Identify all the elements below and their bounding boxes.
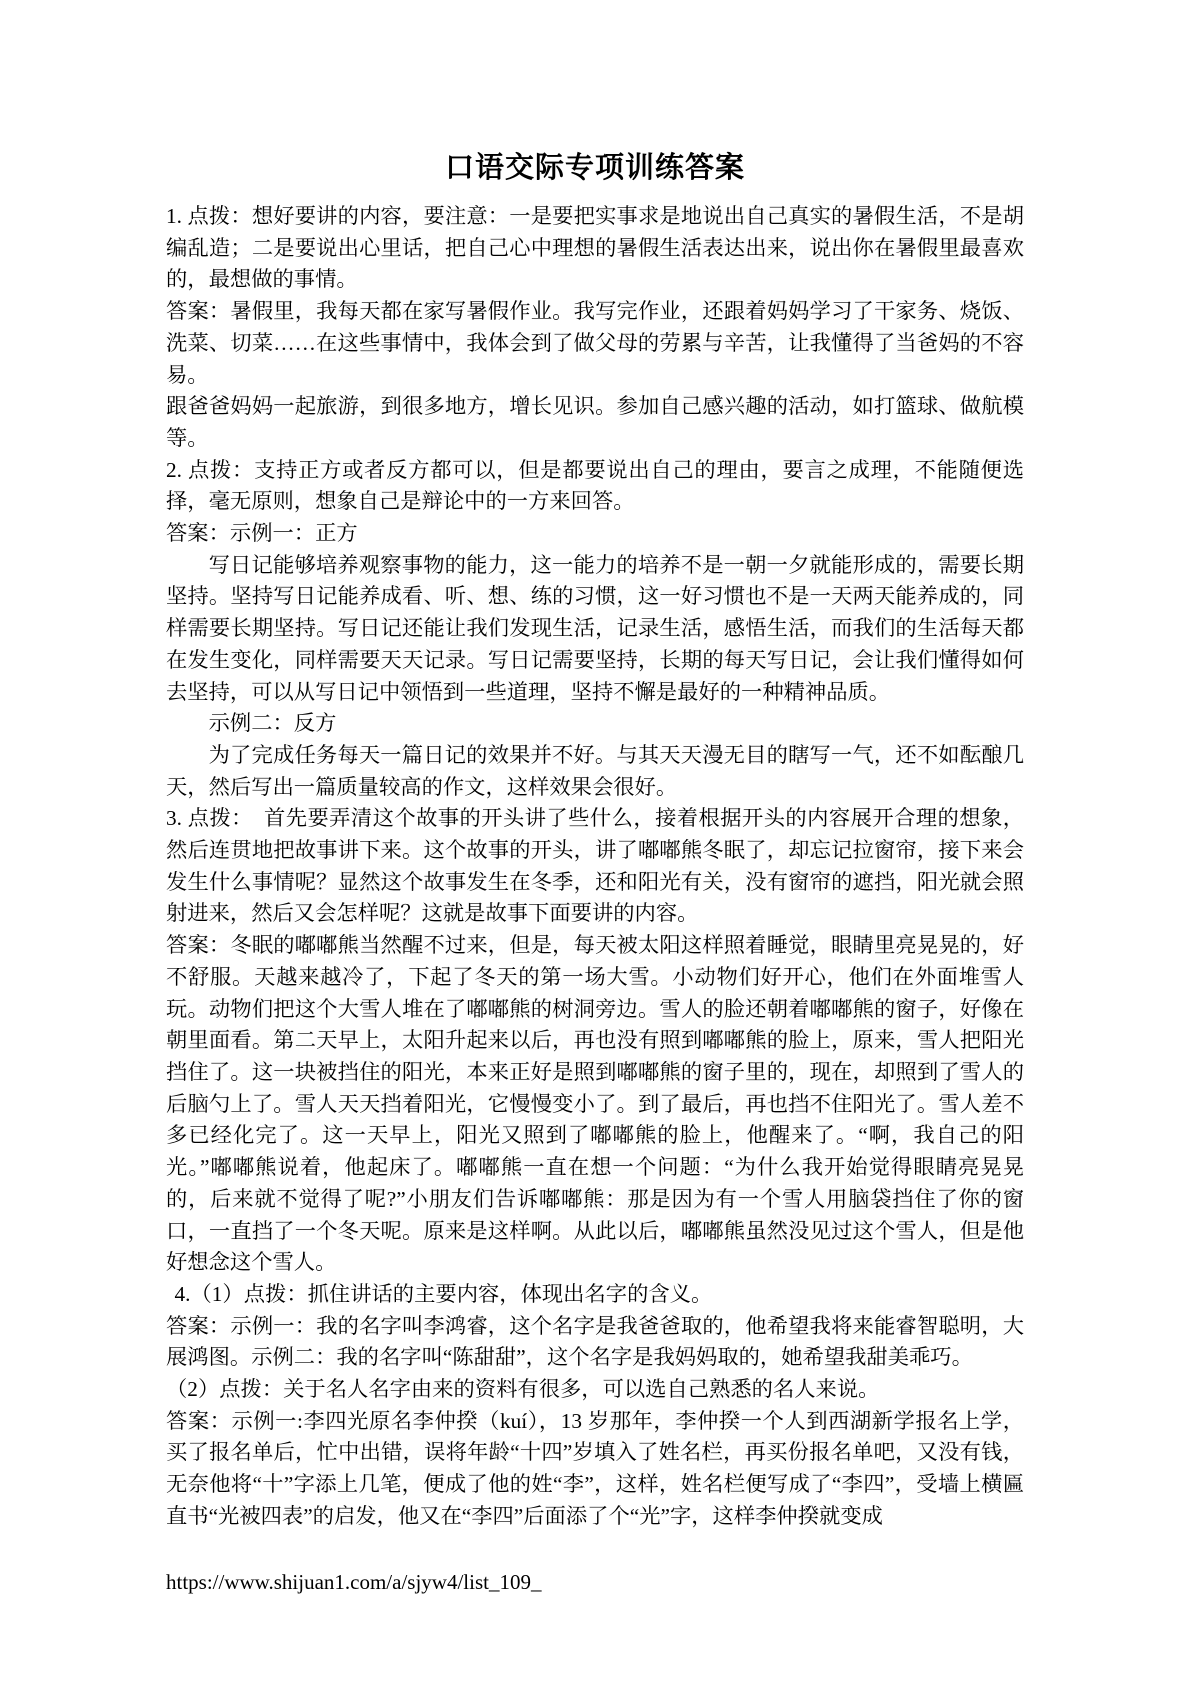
paragraph-answer-3: 答案：冬眠的嘟嘟熊当然醒不过来，但是，每天被太阳这样照着睡觉，眼睛里亮晃晃的，好…	[166, 930, 1024, 1279]
paragraph-hint-3: 3. 点拨： 首先要弄清这个故事的开头讲了些什么，接着根据开头的内容展开合理的想…	[166, 803, 1024, 930]
paragraph-hint-4-1: 4.（1）点拨：抓住讲话的主要内容，体现出名字的含义。	[166, 1279, 1024, 1311]
footer-source-url: https://www.shijuan1.com/a/sjyw4/list_10…	[166, 1568, 541, 1596]
paragraph-answer-1a: 答案：暑假里，我每天都在家写暑假作业。我写完作业，还跟着妈妈学习了干家务、烧饭、…	[166, 296, 1024, 391]
paragraph-answer-4-2: 答案：示例一:李四光原名李仲揆（kuí），13 岁那年，李仲揆一个人到西湖新学报…	[166, 1406, 1024, 1533]
page-title: 口语交际专项训练答案	[166, 148, 1024, 188]
document-body: 1. 点拨：想好要讲的内容，要注意：一是要把实事求是地说出自己真实的暑假生活，不…	[166, 201, 1024, 1533]
paragraph-hint-4-2: （2）点拨：关于名人名字由来的资料有很多，可以选自己熟悉的名人来说。	[166, 1374, 1024, 1406]
paragraph-hint-1: 1. 点拨：想好要讲的内容，要注意：一是要把实事求是地说出自己真实的暑假生活，不…	[166, 201, 1024, 296]
paragraph-answer-4-1: 答案：示例一：我的名字叫李鸿睿，这个名字是我爸爸取的，他希望我将来能睿智聪明，大…	[166, 1311, 1024, 1374]
paragraph-answer-2-con: 为了完成任务每天一篇日记的效果并不好。与其天天漫无目的瞎写一气，还不如酝酿几天，…	[166, 740, 1024, 803]
document-page: 口语交际专项训练答案 1. 点拨：想好要讲的内容，要注意：一是要把实事求是地说出…	[0, 0, 1191, 1684]
paragraph-answer-2-label: 答案：示例一：正方	[166, 518, 1024, 550]
document-content: 口语交际专项训练答案 1. 点拨：想好要讲的内容，要注意：一是要把实事求是地说出…	[166, 148, 1024, 1533]
paragraph-answer-2-pro: 写日记能够培养观察事物的能力，这一能力的培养不是一朝一夕就能形成的，需要长期坚持…	[166, 550, 1024, 709]
paragraph-answer-2-con-label: 示例二：反方	[166, 708, 1024, 740]
paragraph-hint-2: 2. 点拨：支持正方或者反方都可以，但是都要说出自己的理由，要言之成理，不能随便…	[166, 455, 1024, 518]
paragraph-answer-1b: 跟爸爸妈妈一起旅游，到很多地方，增长见识。参加自己感兴趣的活动，如打篮球、做航模…	[166, 391, 1024, 454]
